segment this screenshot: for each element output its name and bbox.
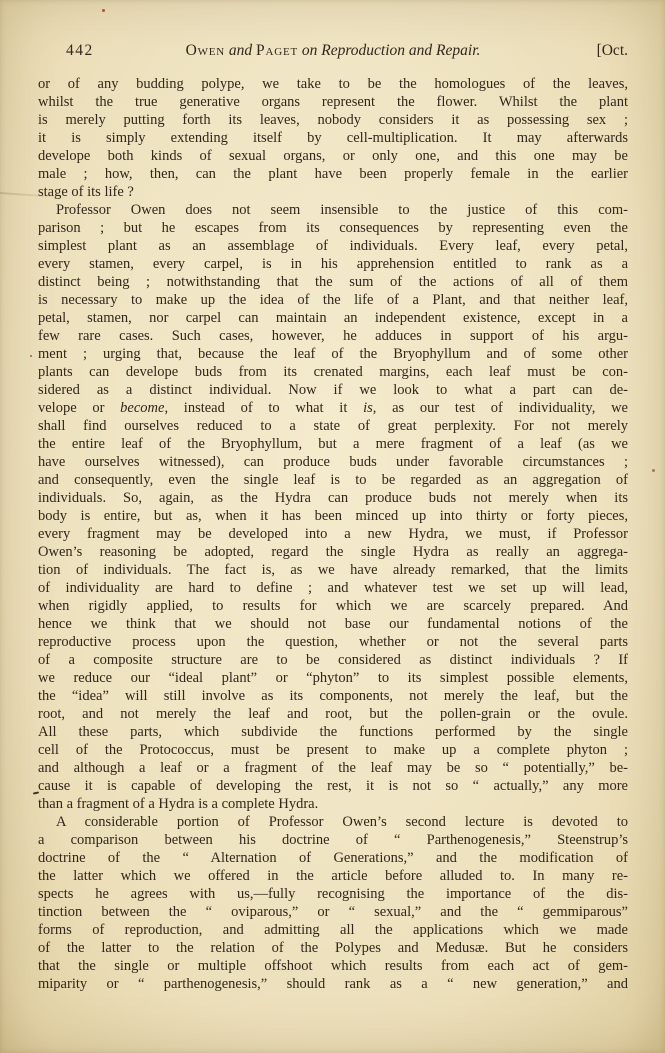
text-line: simplest plant as an assemblage of indiv… (38, 237, 628, 255)
title-segment: Paget (256, 42, 298, 59)
text-line: or of any budding polype, we take to be … (38, 75, 628, 93)
text-line: male ; how, then, can the plant have bee… (38, 165, 628, 183)
text-line: spects he agrees with us,—fully recognis… (38, 885, 628, 903)
text-line: it is simply extending itself by cell-mu… (38, 129, 628, 147)
text-line: a comparison between his doctrine of “ P… (38, 831, 628, 849)
text-line: of the latter to the relation of the Pol… (38, 939, 628, 957)
text-line: velope or become, instead of to what it … (38, 399, 628, 417)
text-line: miparity or “ parthenogenesis,” should r… (38, 975, 628, 993)
scanned-book-page: 442 Owen and Paget on Reproduction and R… (0, 0, 665, 1053)
text-line: All these parts, which subdivide the fun… (38, 723, 628, 741)
title-segment: and (225, 42, 256, 59)
text-line: root, and not merely the leaf and root, … (38, 705, 628, 723)
issue-label: [Oct. (597, 40, 628, 62)
paper-speck (30, 355, 32, 357)
paragraph: or of any budding polype, we take to be … (38, 75, 628, 201)
text-line: and consequently, even the single leaf i… (38, 471, 628, 489)
text-line: plants can develope buds from its crenat… (38, 363, 628, 381)
text-line: body is entire, but as, when it has been… (38, 507, 628, 525)
paper-speck (102, 9, 105, 12)
text-line: that the single or multiple offshoot whi… (38, 957, 628, 975)
text-line: shall find ourselves reduced to a state … (38, 417, 628, 435)
text-line: Owen’s reasoning be adopted, regard the … (38, 543, 628, 561)
text-line: have ourselves witnessed), can produce b… (38, 453, 628, 471)
text-line: the latter which we offered in the artic… (38, 867, 628, 885)
text-line: is necessary to make up the idea of the … (38, 291, 628, 309)
paragraph: A considerable portion of Professor Owen… (38, 813, 628, 993)
text-line: than a fragment of a Hydra is a complete… (38, 795, 628, 813)
page-body: or of any budding polype, we take to be … (38, 75, 628, 993)
text-line: individuals. So, again, as the Hydra can… (38, 489, 628, 507)
text-line: cell of the Protococcus, must be present… (38, 741, 628, 759)
title-segment: Owen (186, 42, 225, 59)
text-line: stage of its life ? (38, 183, 628, 201)
title-segment: on Reproduction and Repair. (298, 42, 480, 59)
text-line: tinction between the “ oviparous,” or “ … (38, 903, 628, 921)
text-line: every stamen, every carpel, is in his ap… (38, 255, 628, 273)
paper-speck (652, 469, 655, 472)
text-line: distinct being ; notwithstanding that th… (38, 273, 628, 291)
text-line: petal, stamen, nor carpel can maintain a… (38, 309, 628, 327)
text-line: parison ; but he escapes from its conseq… (38, 219, 628, 237)
text-line: of individuality are hard to define ; an… (38, 579, 628, 597)
text-line: the “idea” will still involve as its com… (38, 687, 628, 705)
text-line: is merely putting forth its leaves, nobo… (38, 111, 628, 129)
text-line: forms of reproduction, and admitting all… (38, 921, 628, 939)
text-line: few rare cases. Such cases, however, he … (38, 327, 628, 345)
text-line: reproductive process upon the question, … (38, 633, 628, 651)
text-line: cause it is capable of developing the re… (38, 777, 628, 795)
text-line: and although a leaf or a fragment of the… (38, 759, 628, 777)
text-line: when rigidly applied, to results for whi… (38, 597, 628, 615)
text-line: develope both kinds of sexual organs, or… (38, 147, 628, 165)
text-line: Professor Owen does not seem insensible … (38, 201, 628, 219)
text-line: A considerable portion of Professor Owen… (38, 813, 628, 831)
text-line: of a composite structure are to be consi… (38, 651, 628, 669)
text-line: whilst the true generative organs repres… (38, 93, 628, 111)
text-line: ment ; urging that, because the leaf of … (38, 345, 628, 363)
text-line: hence we think that we should not base o… (38, 615, 628, 633)
text-line: tion of individuals. The fact is, as we … (38, 561, 628, 579)
paragraph: Professor Owen does not seem insensible … (38, 201, 628, 813)
text-line: we reduce our “ideal plant” or “phyton” … (38, 669, 628, 687)
text-line: every fragment may be developed into a n… (38, 525, 628, 543)
running-header: 442 Owen and Paget on Reproduction and R… (38, 40, 628, 62)
text-line: doctrine of the “ Alternation of Generat… (38, 849, 628, 867)
text-line: sidered as a distinct individual. Now if… (38, 381, 628, 399)
text-line: the entire leaf of the Bryophyllum, but … (38, 435, 628, 453)
journal-title: Owen and Paget on Reproduction and Repai… (38, 40, 628, 62)
